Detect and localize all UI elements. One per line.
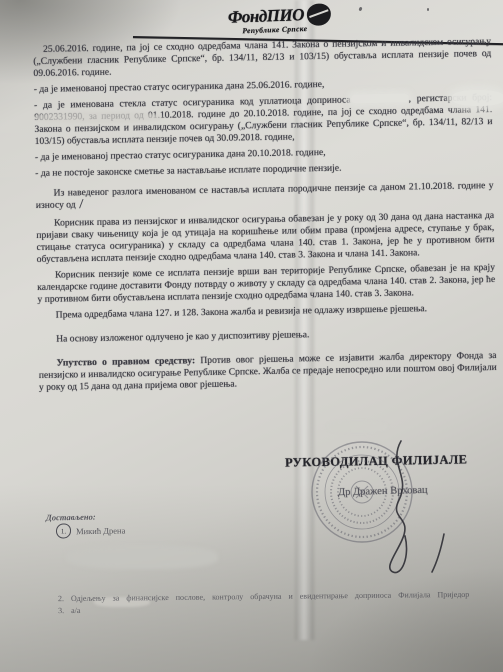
- item-text: а/а: [71, 605, 80, 616]
- paragraph-intro: 25.06.2016. године, па јој се сходно одр…: [33, 36, 492, 80]
- fund-logo: ФондПИО Републике Српске: [228, 1, 389, 36]
- gray-smudge: [66, 545, 218, 569]
- item-number: 3.: [58, 605, 64, 616]
- document-body: 25.06.2016. године, па јој се сходно одр…: [33, 36, 497, 398]
- circled-number: 1.: [56, 523, 71, 538]
- distribution-list: 2. Одјељењу за финансијске послове, конт…: [58, 589, 472, 617]
- scanned-document-photo: ФондПИО Републике Српске 25.06.2016. год…: [0, 0, 503, 672]
- delivered-label: Достављено:: [46, 512, 96, 523]
- paragraph-decision-basis: На основу изложеног одлучено је као у ди…: [38, 326, 496, 346]
- redaction-blob: [351, 93, 409, 103]
- handwritten-signature: [298, 436, 468, 576]
- paragraph-obligation-report: Корисник права из пензијског и инвалидск…: [36, 210, 495, 266]
- bullet-status-gained: - да је именована стекла статус осигуран…: [34, 92, 493, 148]
- faded-text-smudge: [326, 421, 388, 433]
- paragraph-appeal-no-delay: Према одредбама члана 127. и 128. Закона…: [38, 302, 496, 322]
- delivered-item-recipient: 1. Микић Дрена: [56, 522, 126, 538]
- paragraph-continuation: Из наведеног разлога именованом се наста…: [36, 180, 494, 212]
- continuation-text: Из наведеног разлога именованом се наста…: [36, 180, 494, 211]
- bullet-no-legal-obstacles: - да не постоје законске сметње за наста…: [35, 160, 493, 180]
- ink-speck: [427, 8, 429, 11]
- paragraph-legal-remedy: Упутство о правном средству: Против овог…: [38, 350, 497, 394]
- recipient-name: Микић Дрена: [76, 525, 125, 536]
- paragraph-obligation-abroad: Корисник пензије коме се исплата пензије…: [37, 262, 496, 306]
- item-number: 2.: [58, 593, 64, 604]
- pen-mark: [79, 199, 88, 208]
